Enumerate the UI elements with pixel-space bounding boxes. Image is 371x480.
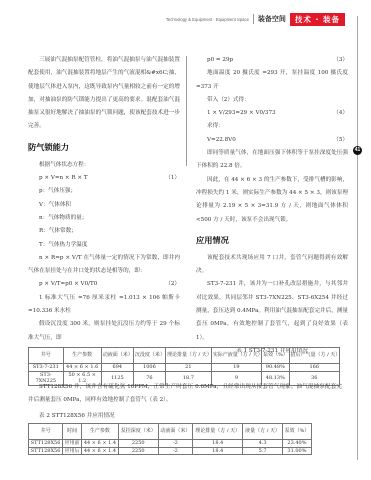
table-2-header: 动液面（米） bbox=[158, 424, 193, 440]
equation-5-text: V=22.8V0 bbox=[207, 134, 236, 147]
page-header: Technology & Equipment · Equipment Space… bbox=[166, 13, 345, 25]
table-cell: 1006 bbox=[133, 364, 165, 372]
var-n: n：气体物质的量； bbox=[28, 212, 180, 225]
table-cell: 5.7 bbox=[243, 447, 283, 455]
assume-paragraph: 假设沉没度 300 米，则泵挂处沉没压力约等于 29 个标准大气压，即 bbox=[28, 318, 180, 345]
table2-caption: 表 2 STT128X56 井应用情况 bbox=[28, 411, 115, 419]
meaning-paragraph: 即同等质量气体，在地面压强下体积等于泵挂深度处压强下体积的 22.8 倍。 bbox=[196, 147, 348, 174]
table-1-header: 生产参数 bbox=[63, 348, 101, 364]
table-cell: 18.4 bbox=[193, 440, 243, 448]
table-cell: STT128X56 bbox=[29, 440, 63, 448]
table-cell: STT128X56 bbox=[29, 447, 63, 455]
table-2-header: 时间 bbox=[63, 424, 82, 440]
table-1-header: 措后产气量（方 / 天） bbox=[289, 348, 339, 364]
application-paragraph-2: ST3-7-231 井，该井为一口补孔改层措施井，与其邻井对比效果。其同层邻井 … bbox=[196, 278, 348, 344]
table-1-header: 泵效（%） bbox=[262, 348, 289, 364]
table-cell: 应用前 bbox=[63, 440, 82, 448]
table-cell: 应用后 bbox=[63, 447, 82, 455]
solve-label: 求得： bbox=[196, 120, 348, 133]
table-1-header: 沉没度（米） bbox=[133, 348, 165, 364]
equation-1-text: p × V=n × R × T bbox=[39, 172, 88, 185]
table-2-header: 生产参数 bbox=[82, 424, 119, 440]
equation-3-number: （3） bbox=[333, 54, 348, 67]
header-section: 装备空间 bbox=[258, 14, 286, 24]
var-t: T：气体热力学温度 bbox=[28, 239, 180, 252]
margin-rule bbox=[357, 16, 358, 460]
substitute-paragraph: 带入（2）式得： bbox=[196, 94, 348, 107]
equation-5-number: （5） bbox=[333, 134, 348, 147]
header-tag: 技术 · 装备 bbox=[290, 13, 345, 26]
explain-paragraph: n × R=p × V/T 在气体量一定的情况下为常数，即井内气体在泵挂处与在井… bbox=[28, 252, 180, 279]
equation-3: p0 = 29p （3） bbox=[196, 54, 348, 67]
heading-anti-gas-lock: 防气锁能力 bbox=[28, 140, 180, 154]
table-1-header: 动液面（米） bbox=[101, 348, 133, 364]
equation-2: p × V/T=p0 × V0/T0 （2） bbox=[28, 278, 180, 291]
var-p: p：气体压强； bbox=[28, 185, 180, 198]
table-cell: 19 bbox=[211, 364, 261, 372]
equation-2-text: p × V/T=p0 × V0/T0 bbox=[39, 278, 97, 291]
header-english: Technology & Equipment · Equipment Space bbox=[166, 17, 249, 22]
application-paragraph-1: 该配套技术共现场应用 7 口井，套管气问题得到有效解决。 bbox=[196, 252, 348, 279]
heading-application: 应用情况 bbox=[196, 233, 348, 247]
header-divider bbox=[253, 14, 254, 24]
var-r: R：气体常数； bbox=[28, 225, 180, 238]
table-cell: -2 bbox=[158, 440, 193, 448]
table-row: STT128X56 应用后 44 × 6 × 1.4 2250 -2 18.4 … bbox=[29, 447, 312, 455]
var-v: V：气体体积 bbox=[28, 199, 180, 212]
table-cell: 23.40% bbox=[282, 440, 311, 448]
table-cell: 694 bbox=[101, 364, 133, 372]
table-2-header: 理论排量（方 / 天） bbox=[193, 424, 243, 440]
table-2-header: 泵效（%） bbox=[282, 424, 311, 440]
table-1-header: 实际产液量（方 / 天） bbox=[211, 348, 261, 364]
table-cell: ST3-7-231 bbox=[29, 364, 64, 372]
state-equation-intro: 根据气体状态方程： bbox=[28, 159, 180, 172]
equation-1: p × V=n × R × T （1） bbox=[28, 172, 180, 185]
table-1: 井号 生产参数 动液面（米） 沉没度（米） 理论排量（方 / 天） 实际产液量（… bbox=[28, 347, 340, 386]
table-cell: 44 × 6 × 1.4 bbox=[82, 440, 119, 448]
atm-paragraph: 1 标准大气压 =76 厘米汞柱 =1.013 × 106 帕斯卡 =10.33… bbox=[28, 292, 180, 319]
table-row: ST3-7-231 44 × 6 × 1.6 694 1006 21 19 90… bbox=[29, 364, 340, 372]
table-1-header: 井号 bbox=[29, 348, 64, 364]
table-2-header: 液量（方 / 天） bbox=[243, 424, 283, 440]
equation-4: 1 × V/293=29 × V0/373 （4） bbox=[196, 107, 348, 120]
table-cell: 90.48% bbox=[262, 364, 289, 372]
table-2-header-row: 井号 时间 生产参数 泵挂深度（米） 动液面（米） 理论排量（方 / 天） 液量… bbox=[29, 424, 312, 440]
table-cell: 2250 bbox=[118, 440, 158, 448]
therefore-paragraph: 因此，在 44 × 6 × 3 的生产参数下，受排气槽的影响，冲程损失约 1 米… bbox=[196, 174, 348, 227]
table-1-header: 理论排量（方 / 天） bbox=[165, 348, 211, 364]
equation-4-number: （4） bbox=[333, 107, 348, 120]
table-cell: -2 bbox=[158, 447, 193, 455]
table-2-header: 泵挂深度（米） bbox=[118, 424, 158, 440]
left-column: 三展油气混抽泵配管管柱，将油气混抽泵与油气混抽装置配套使用，油气混抽装置将地层产… bbox=[28, 54, 180, 345]
stt128-paragraph: STT128X56 井，该井含有硫化氢 16PPM，正常生产时套压 0.6MPa… bbox=[28, 381, 342, 408]
table-cell: 166 bbox=[289, 364, 339, 372]
table-row: STT128X56 应用前 44 × 6 × 1.4 2250 -2 18.4 … bbox=[29, 440, 312, 448]
table-cell: 2250 bbox=[118, 447, 158, 455]
table-2-header: 井号 bbox=[29, 424, 63, 440]
equation-5: V=22.8V0 （5） bbox=[196, 134, 348, 147]
equation-3-text: p0 = 29p bbox=[207, 54, 233, 67]
table-2: 井号 时间 生产参数 泵挂深度（米） 动液面（米） 理论排量（方 / 天） 液量… bbox=[28, 423, 312, 455]
equation-2-number: （2） bbox=[165, 278, 180, 291]
table-cell: 21 bbox=[165, 364, 211, 372]
equation-1-number: （1） bbox=[165, 172, 180, 185]
table-cell: 31.00% bbox=[282, 447, 311, 455]
equation-4-text: 1 × V/293=29 × V0/373 bbox=[207, 107, 276, 120]
table-cell: 4.3 bbox=[243, 440, 283, 448]
column-divider bbox=[186, 56, 187, 166]
right-column: p0 = 29p （3） 地面温度 20 摄氏度 =293 开，泵挂温度 100… bbox=[196, 54, 348, 358]
intro-paragraph: 三展油气混抽泵配管管柱，将油气混抽泵与油气混抽装置配套使用，油气混抽装置将地层产… bbox=[28, 54, 180, 134]
table-1-header-row: 井号 生产参数 动液面（米） 沉没度（米） 理论排量（方 / 天） 实际产液量（… bbox=[29, 348, 340, 364]
table-cell: 18.4 bbox=[193, 447, 243, 455]
table-cell: 44 × 6 × 1.6 bbox=[63, 364, 101, 372]
table-cell: 44 × 6 × 1.4 bbox=[82, 447, 119, 455]
page-number: 41 bbox=[353, 146, 362, 155]
temperature-paragraph: 地面温度 20 摄氏度 =293 开，泵挂温度 100 摄氏度 =373 开 bbox=[196, 67, 348, 94]
